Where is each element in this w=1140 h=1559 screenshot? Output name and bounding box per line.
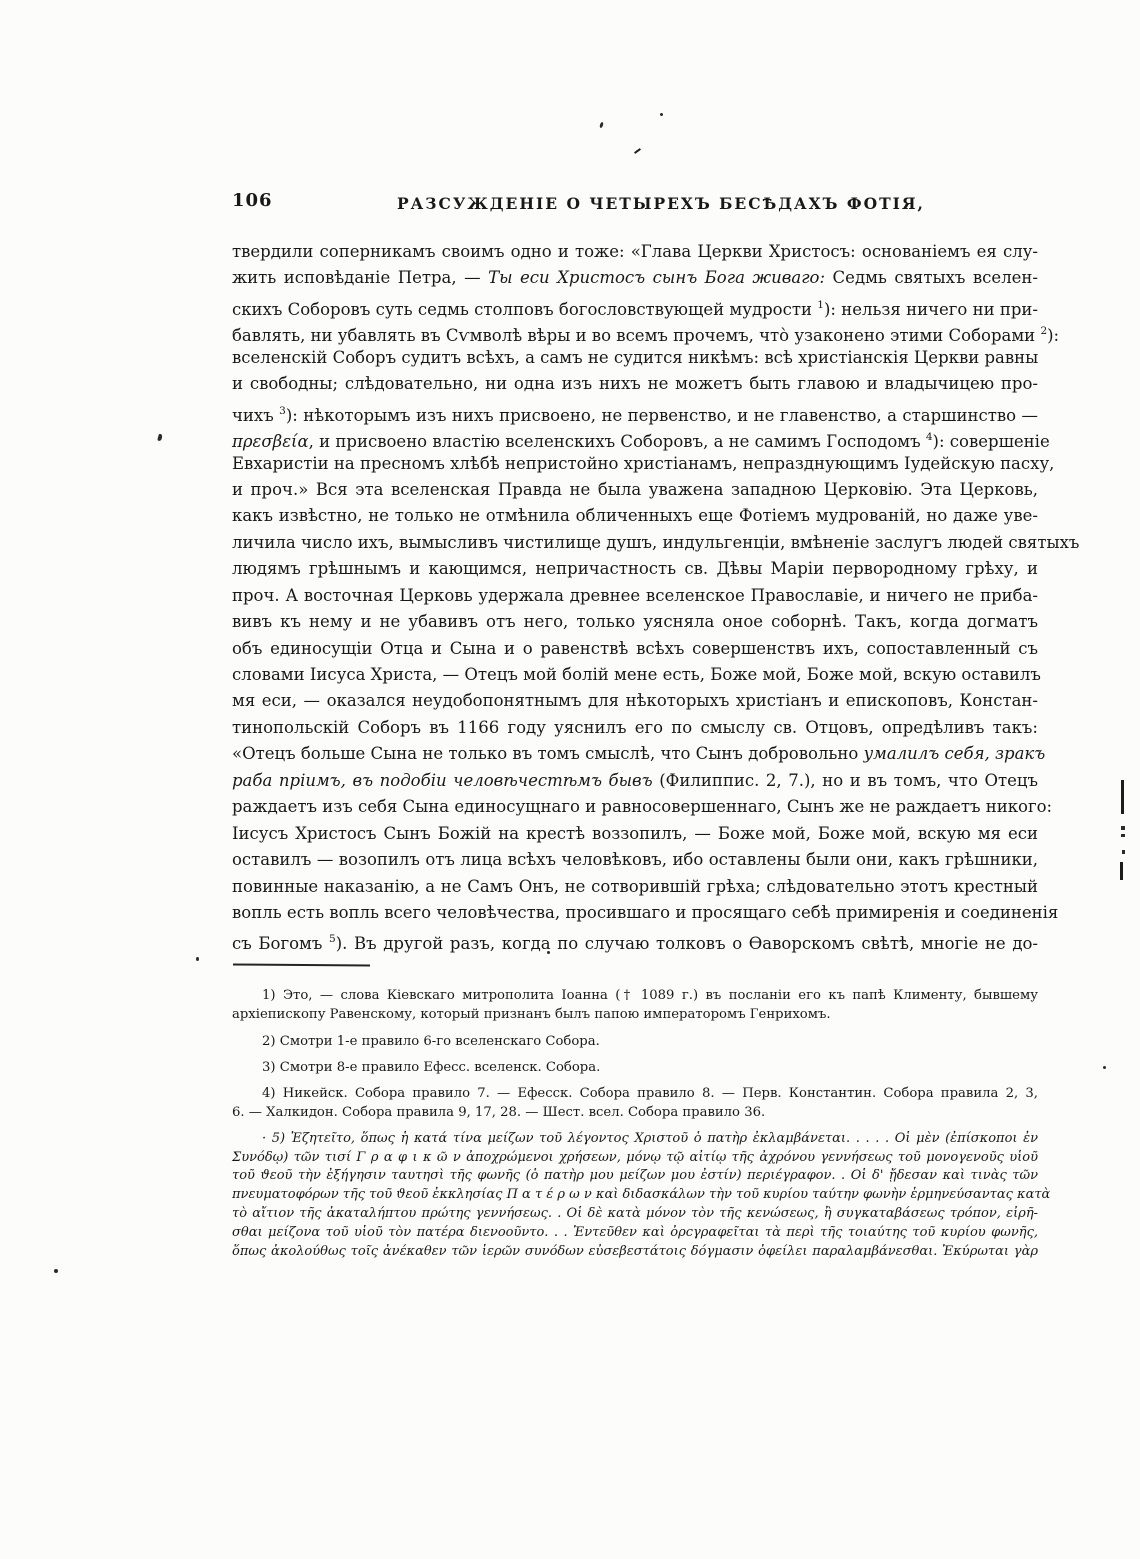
running-title: РАЗСУЖДЕНІЕ О ЧЕТЫРЕХЪ БЕСѢДАХЪ ФОТІЯ, — [258, 194, 1064, 213]
text-line: и проч.» Вся эта вселенская Правда не бы… — [232, 477, 1038, 503]
text-line: жить исповѣданіе Петра, — Ты еси Христос… — [232, 265, 1038, 291]
scan-artifact — [660, 113, 663, 116]
footnote-line: τὸ αἴτιον τῆς ἀκαταλήπτου πρώτης γεννήσε… — [232, 1205, 1038, 1224]
text-line: проч. А восточная Церковь удержала древн… — [232, 583, 1038, 609]
scan-artifact — [1121, 834, 1125, 837]
footnote-line: 4) Никейск. Собора правило 7. — Ефесск. … — [232, 1084, 1038, 1103]
text-line: людямъ грѣшнымъ и кающимся, непричастнос… — [232, 556, 1038, 582]
footnote-line: ὅπως ἀκολούθως τοῖς ἀνέκαθεν τῶν ἱερῶν σ… — [232, 1243, 1038, 1262]
text-line: чихъ 3): нѣкоторымъ изъ нихъ присвоено, … — [232, 398, 1038, 424]
scan-artifact — [599, 122, 604, 129]
footnote-line: архіепископу Равенскому, который признан… — [232, 1005, 1038, 1024]
text-line: объ единосущіи Отца и Сына и о равенствѣ… — [232, 636, 1038, 662]
footnotes: 1) Это, — слова Кіевскаго митрополита Іо… — [232, 986, 1038, 1268]
text-line: Іисусъ Христосъ Сынъ Божій на крестѣ воз… — [232, 821, 1038, 847]
footnote-line: Συνόδῳ) τῶν τισί Γ ρ α φ ι κ ῶ ν ἀποχρώμ… — [232, 1149, 1038, 1168]
scan-artifact — [157, 434, 163, 442]
footnote-separator — [233, 964, 370, 967]
footnote: 4) Никейск. Собора правило 7. — Ефесск. … — [232, 1084, 1038, 1123]
scan-artifact — [634, 148, 641, 154]
text-line: тинопольскій Соборъ въ 1166 году уяснилъ… — [232, 715, 1038, 741]
text-line: раждаетъ изъ себя Сына единосущнаго и ра… — [232, 794, 1038, 820]
text-line: твердили соперникамъ своимъ одно и тоже:… — [232, 239, 1038, 265]
text-line: скихъ Соборовъ суть седмь столповъ богос… — [232, 292, 1038, 318]
text-line: бавлять, ни убавлять въ Сѵмволѣ вѣры и в… — [232, 318, 1038, 344]
scan-artifact — [1121, 780, 1124, 814]
scan-artifact — [1103, 1066, 1106, 1069]
footnote: 2) Смотри 1-е правило 6-го вселенскаго С… — [232, 1032, 1038, 1051]
footnote: 1) Это, — слова Кіевскаго митрополита Іо… — [232, 986, 1038, 1025]
scan-artifact — [547, 951, 550, 954]
text-line: вопль есть вопль всего человѣчества, про… — [232, 900, 1038, 926]
text-line: какъ извѣстно, не только не отмѣнила обл… — [232, 503, 1038, 529]
text-line: вивъ къ нему и не убавивъ отъ него, толь… — [232, 609, 1038, 635]
scan-artifact — [1122, 850, 1125, 854]
scan-artifact — [1120, 862, 1123, 880]
text-line: словами Іисуса Христа, — Отецъ мой болій… — [232, 662, 1038, 688]
footnote-line: 1) Это, — слова Кіевскаго митрополита Іо… — [232, 986, 1038, 1005]
body-text: твердили соперникамъ своимъ одно и тоже:… — [232, 239, 1038, 953]
text-line: повинные наказанію, а не Самъ Онъ, не со… — [232, 874, 1038, 900]
footnote-line: · 5) Ἐζητεῖτο, ὅπως ἡ κατά τίνα μείζων τ… — [232, 1130, 1038, 1149]
scan-artifact — [54, 1269, 58, 1273]
footnote: 3) Смотри 8-е правило Ефесс. вселенск. С… — [232, 1058, 1038, 1077]
text-line: Евхаристіи на пресномъ хлѣбѣ непристойно… — [232, 451, 1038, 477]
text-line: оставилъ — возопилъ отъ лица всѣхъ челов… — [232, 847, 1038, 873]
text-line: «Отецъ больше Сына не только въ томъ смы… — [232, 741, 1038, 767]
footnote-line: πνευματοφόρων τῆς τοῦ ϑεοῦ ἐκκλησίας Π α… — [232, 1186, 1038, 1205]
footnote-line: τοῦ ϑεοῦ τὴν ἐξήγησιν ταυτησὶ τῆς φωνῆς … — [232, 1167, 1038, 1186]
scan-artifact — [1121, 826, 1125, 830]
footnote-line: 6. — Халкидон. Собора правила 9, 17, 28.… — [232, 1103, 1038, 1122]
scanned-page: 106 РАЗСУЖДЕНІЕ О ЧЕТЫРЕХЪ БЕСѢДАХЪ ФОТІ… — [0, 0, 1140, 1559]
text-line: πρεσβεία, и присвоено властію вселенских… — [232, 424, 1038, 450]
text-line: съ Богомъ 5). Въ другой разъ, когда по с… — [232, 926, 1038, 952]
footnote-line: σθαι μείζονα τοῦ υἱοῦ τὸν πατέρα διενοοῦ… — [232, 1224, 1038, 1243]
text-line: мя еси, — оказался неудобопонятнымъ для … — [232, 688, 1038, 714]
text-line: и свободны; слѣдовательно, ни одна изъ н… — [232, 371, 1038, 397]
footnote: · 5) Ἐζητεῖτο, ὅπως ἡ κατά τίνα μείζων τ… — [232, 1130, 1038, 1262]
footnote-line: 2) Смотри 1-е правило 6-го вселенскаго С… — [232, 1032, 1038, 1051]
text-line: личила число ихъ, вымысливъ чистилище ду… — [232, 530, 1038, 556]
text-line: раба пріимъ, въ подобіи человѣчестѣмъ бы… — [232, 768, 1038, 794]
footnote-line: 3) Смотри 8-е правило Ефесс. вселенск. С… — [232, 1058, 1038, 1077]
scan-artifact — [196, 957, 199, 961]
text-line: вселенскій Соборъ судитъ всѣхъ, а самъ н… — [232, 345, 1038, 371]
